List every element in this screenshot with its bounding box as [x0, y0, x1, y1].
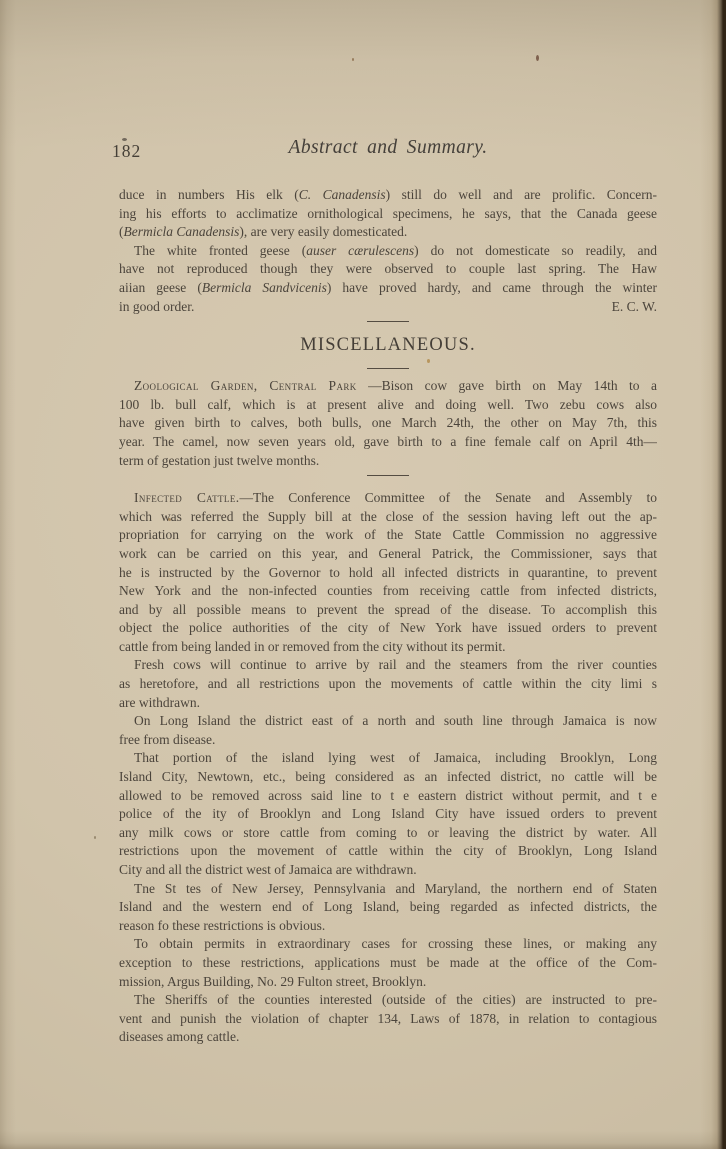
plain-text: 100 lb. bull calf, which is at present a…	[119, 397, 657, 412]
paper-speck	[94, 836, 96, 839]
text-line: cattle from being landed in or removed f…	[119, 638, 657, 657]
text-line: mission, Argus Building, No. 29 Fulton s…	[119, 973, 657, 992]
section-divider	[367, 475, 409, 476]
paragraph: Fresh cows will continue to arrive by ra…	[119, 656, 657, 712]
plain-text: City and all the district west of Jamaic…	[119, 862, 417, 877]
text-line: have not reproduced though they were obs…	[119, 260, 657, 279]
text-line: are withdrawn.	[119, 694, 657, 713]
paragraph: To obtain permits in extraordinary cases…	[119, 935, 657, 991]
text-line: he is instructed by the Governor to hold…	[119, 564, 657, 583]
text-line: Island City, Newtown, etc., being consid…	[119, 768, 657, 787]
text-line: year. The camel, now seven years old, ga…	[119, 433, 657, 452]
text-line: propriation for carrying on the work of …	[119, 526, 657, 545]
text-line: allowed to be removed across said line t…	[119, 787, 657, 806]
plain-text: exception to these restrictions, applica…	[119, 955, 657, 970]
plain-text: That portion of the island lying west of…	[134, 750, 657, 765]
plain-text: mission, Argus Building, No. 29 Fulton s…	[119, 974, 426, 989]
italic-text: auser cærulescens	[306, 243, 414, 258]
text-line: Tne St tes of New Jersey, Pennsylvania a…	[119, 880, 657, 899]
plain-text: Island and the western end of Long Islan…	[119, 899, 657, 914]
text-line: and by all possible means to prevent the…	[119, 601, 657, 620]
plain-text: object the police authorities of the cit…	[119, 620, 657, 635]
plain-text: —Bison cow gave birth on May 14th to a	[357, 378, 657, 393]
plain-text: Island City, Newtown, etc., being consid…	[119, 769, 657, 784]
section-heading: MISCELLANEOUS.	[119, 335, 657, 356]
italic-text: Bermicla Sandvicenis	[202, 280, 327, 295]
text-line: Infected Cattle.—The Conference Committe…	[119, 489, 657, 508]
text-line: ing his efforts to acclimatize ornitholo…	[119, 205, 657, 224]
plain-text: any milk cows or store cattle from comin…	[119, 825, 657, 840]
text-line: aiian geese (Bermicla Sandvicenis) have …	[119, 279, 657, 298]
text-line: Zoological Garden, Central Park —Bison c…	[119, 377, 657, 396]
text-line: exception to these restrictions, applica…	[119, 954, 657, 973]
plain-text: vent and punish the violation of chapter…	[119, 1011, 657, 1026]
plain-text: Tne St tes of New Jersey, Pennsylvania a…	[134, 881, 657, 896]
plain-text: On Long Island the district east of a no…	[134, 713, 657, 728]
text-line: duce in numbers His elk (C. Canadensis) …	[119, 186, 657, 205]
text-line: term of gestation just twelve months.	[119, 452, 657, 471]
text-line: On Long Island the district east of a no…	[119, 712, 657, 731]
text-line: which was referred the Supply bill at th…	[119, 508, 657, 527]
plain-text: work can be carried on this year, and Ge…	[119, 546, 657, 561]
signature: E. C. W.	[612, 298, 657, 317]
italic-text: C. Canadensis	[299, 187, 386, 202]
text-line: vent and punish the violation of chapter…	[119, 1010, 657, 1029]
paper-speck	[122, 138, 127, 141]
plain-text: duce in numbers His elk (	[119, 187, 299, 202]
plain-text: he is instructed by the Governor to hold…	[119, 565, 657, 580]
paragraph: duce in numbers His elk (C. Canadensis) …	[119, 186, 657, 242]
paper-speck	[168, 518, 171, 521]
text-line: New York and the non-infected counties f…	[119, 582, 657, 601]
plain-text: ) still do well and are prolific. Concer…	[386, 187, 657, 202]
paper-speck	[427, 359, 430, 363]
plain-text: have given birth to calves, both bulls, …	[119, 415, 657, 430]
text-line: Island and the western end of Long Islan…	[119, 898, 657, 917]
plain-text: To obtain permits in extraordinary cases…	[134, 936, 657, 951]
plain-text: The Sheriffs of the counties interested …	[134, 992, 657, 1007]
plain-text: term of gestation just twelve months.	[119, 453, 319, 468]
paragraph: Infected Cattle.—The Conference Committe…	[119, 489, 657, 656]
page: 182 Abstract and Summary. duce in number…	[0, 0, 726, 1149]
smallcaps-text: Zoological Garden, Central Park	[134, 378, 357, 393]
paragraph: On Long Island the district east of a no…	[119, 712, 657, 749]
paragraph: Zoological Garden, Central Park —Bison c…	[119, 377, 657, 470]
text-block: duce in numbers His elk (C. Canadensis) …	[119, 186, 657, 1047]
text-line: in good order.E. C. W.	[119, 298, 657, 317]
plain-text: diseases among cattle.	[119, 1029, 239, 1044]
plain-text: year. The camel, now seven years old, ga…	[119, 434, 657, 449]
text-line: restrictions upon the movement of cattle…	[119, 842, 657, 861]
text-line: any milk cows or store cattle from comin…	[119, 824, 657, 843]
paragraph: That portion of the island lying west of…	[119, 749, 657, 879]
text-line: as heretofore, and all restrictions upon…	[119, 675, 657, 694]
running-head: Abstract and Summary.	[119, 137, 657, 159]
plain-text: are withdrawn.	[119, 695, 200, 710]
plain-text: Fresh cows will continue to arrive by ra…	[134, 657, 657, 672]
plain-text: which was referred the Supply bill at th…	[119, 509, 657, 524]
text-line: reason fo these restrictions is obvious.	[119, 917, 657, 936]
plain-text: propriation for carrying on the work of …	[119, 527, 657, 542]
section-divider	[367, 368, 409, 369]
plain-text: restrictions upon the movement of cattle…	[119, 843, 657, 858]
paragraph: The Sheriffs of the counties interested …	[119, 991, 657, 1047]
text-line: Fresh cows will continue to arrive by ra…	[119, 656, 657, 675]
text-line: The Sheriffs of the counties interested …	[119, 991, 657, 1010]
paper-speck	[352, 58, 354, 61]
text-line: That portion of the island lying west of…	[119, 749, 657, 768]
text-line: work can be carried on this year, and Ge…	[119, 545, 657, 564]
plain-text: aiian geese (	[119, 280, 202, 295]
plain-text: allowed to be removed across said line t…	[119, 788, 657, 803]
text-line: have given birth to calves, both bulls, …	[119, 414, 657, 433]
plain-text: free from disease.	[119, 732, 215, 747]
italic-text: Bermicla Canadensis	[124, 224, 240, 239]
text-line: (Bermicla Canadensis), are very easily d…	[119, 223, 657, 242]
plain-text: have not reproduced though they were obs…	[119, 261, 657, 276]
plain-text: —The Conference Committee of the Senate …	[240, 490, 657, 505]
section-divider	[367, 321, 409, 322]
plain-text: reason fo these restrictions is obvious.	[119, 918, 325, 933]
text-line: To obtain permits in extraordinary cases…	[119, 935, 657, 954]
plain-text: ) have proved hardy, and came through th…	[327, 280, 657, 295]
plain-text: cattle from being landed in or removed f…	[119, 639, 506, 654]
text-line: free from disease.	[119, 731, 657, 750]
text-line: object the police authorities of the cit…	[119, 619, 657, 638]
text-line: 100 lb. bull calf, which is at present a…	[119, 396, 657, 415]
plain-text: and by all possible means to prevent the…	[119, 602, 657, 617]
plain-text: as heretofore, and all restrictions upon…	[119, 676, 657, 691]
plain-text: ) do not domesticate so readily, and	[414, 243, 657, 258]
paper-speck	[536, 55, 539, 61]
text-line: diseases among cattle.	[119, 1028, 657, 1047]
paragraph: The white fronted geese (auser cærulesce…	[119, 242, 657, 316]
plain-text: police of the ity of Brooklyn and Long I…	[119, 806, 657, 821]
smallcaps-text: Infected Cattle.	[134, 490, 240, 505]
text-line: City and all the district west of Jamaic…	[119, 861, 657, 880]
plain-text: ing his efforts to acclimatize ornitholo…	[119, 206, 657, 221]
plain-text: ), are very easily domesticated.	[239, 224, 407, 239]
paragraph: Tne St tes of New Jersey, Pennsylvania a…	[119, 880, 657, 936]
plain-text: in good order.	[119, 298, 194, 317]
text-line: police of the ity of Brooklyn and Long I…	[119, 805, 657, 824]
plain-text: The white fronted geese (	[134, 243, 306, 258]
plain-text: New York and the non-infected counties f…	[119, 583, 657, 598]
text-line: The white fronted geese (auser cærulesce…	[119, 242, 657, 261]
